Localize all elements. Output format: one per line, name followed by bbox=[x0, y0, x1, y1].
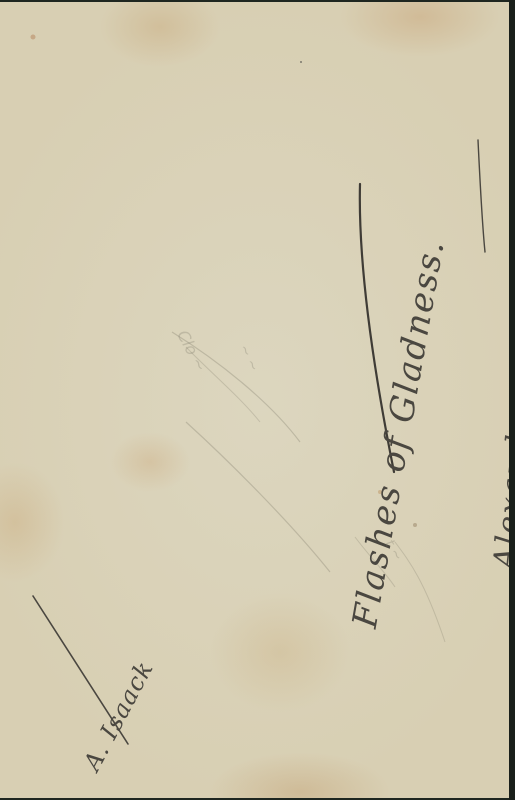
author-underline-stroke bbox=[478, 140, 485, 252]
scan-border bbox=[509, 0, 515, 800]
pencil-line bbox=[186, 422, 330, 572]
manuscript-page: Flashes of Gladness. Alexander Isaack A.… bbox=[0, 2, 510, 798]
ink-strokes bbox=[0, 2, 515, 800]
